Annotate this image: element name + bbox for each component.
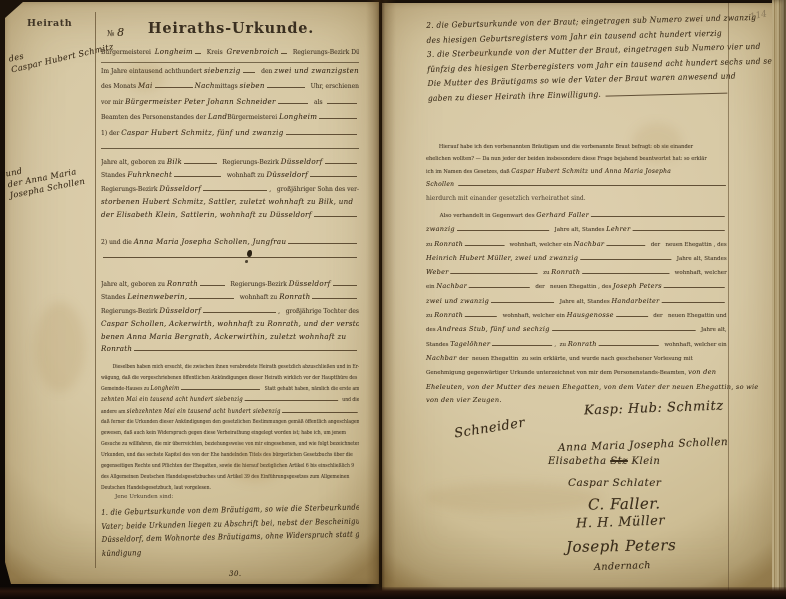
handwritten-segment: Grevenbroich <box>226 46 279 58</box>
blank-fill-rule <box>465 310 497 317</box>
text-line: vor mir Bürgermeister Peter Johann Schne… <box>101 95 359 110</box>
witnesses-block: Also verhandelt in Gegenwart des Gerhard… <box>426 209 727 407</box>
blank-fill-rule <box>582 268 669 275</box>
text-line: andere am siebzehnten Mai ein tausend ac… <box>101 406 359 417</box>
handwritten-segment: Bürgermeister Peter Johann Schneider <box>125 95 276 109</box>
documents-list-continuation: 2. die Geburtsurkunde von der Braut; ein… <box>426 12 729 107</box>
blank-fill-rule <box>327 97 358 104</box>
blank-fill-rule <box>591 210 725 217</box>
signature-witness-2: C. Faller. <box>588 494 661 513</box>
handwritten-segment: storbenen Hubert Schmitz, Sattler, zulet… <box>101 196 353 208</box>
text-line: Weber zu Ronrath wohnhaft, welcher <box>426 266 727 280</box>
document-title: Heiraths-Urkunde. <box>131 20 331 37</box>
printed-segment: wohnhaft, welcher ein <box>499 310 567 323</box>
text-line: Regierungs-Bezirk Düsseldorf, großjährig… <box>101 183 359 196</box>
text-line: Beamten des Personenstandes der LandBürg… <box>101 110 359 125</box>
signature-witness-4: Joseph Peters <box>566 536 677 556</box>
blank-fill-rule <box>580 253 671 260</box>
text-line: des Andreas Stub, fünf und sechzig Jahre… <box>426 323 727 337</box>
paper-stain <box>35 302 85 392</box>
register-left-page: Heirath desCaspar Hubert Schmitz undder … <box>5 2 379 584</box>
text-line: Caspar Schollen, Ackerwirth, wohnhaft zu… <box>101 318 359 330</box>
printed-segment: Urkunden, und das sechste Kapitel des vo… <box>101 450 353 461</box>
printed-segment: Standes <box>426 339 450 352</box>
blank-fill-rule <box>606 239 645 246</box>
legal-formula-paragraph: Dieselben haben mich ersucht, die zwisch… <box>101 362 359 494</box>
handwritten-segment: Ronrath <box>434 238 463 251</box>
handwritten-segment: Eheleuten, von der Mutter des neuen Eheg… <box>426 381 759 394</box>
text-line: daß ferner die Urkunden dieser Ankündigu… <box>101 417 359 428</box>
printed-segment: Also verhandelt in Gegenwart des <box>440 210 537 223</box>
blank-fill-rule <box>314 210 357 217</box>
text-line: Regierungs-Bezirk Düsseldorf, großjährig… <box>101 305 359 318</box>
handwritten-segment: Ronrath <box>551 266 580 279</box>
text-line: 2) und die Anna Maria Josepha Schollen, … <box>101 234 359 251</box>
blank-fill-rule <box>310 170 357 177</box>
handwritten-segment: Andreas Stub, fünf und sechzig <box>437 323 549 336</box>
section-rule <box>101 148 359 149</box>
text-line: wägung, daß die vorgeschriebenen öffentl… <box>101 373 359 384</box>
printed-segment: mittags <box>215 80 240 94</box>
handwritten-segment: Mai <box>138 79 153 93</box>
blank-fill-rule <box>616 310 648 317</box>
right-form-area: 114 2. die Geburtsurkunde von der Braut;… <box>426 9 728 587</box>
blank-fill-rule <box>245 395 338 401</box>
handwritten-segment: Tagelöhner <box>450 338 490 351</box>
page-catch-mark: 30. <box>229 570 242 578</box>
blank-fill-rule <box>134 344 357 351</box>
blank-fill-rule <box>200 279 224 286</box>
printed-segment: Jahre alt, Standes <box>551 224 606 237</box>
blank-fill-rule <box>605 86 727 97</box>
blank-fill-rule <box>662 296 725 303</box>
text-line: Eheleuten, von der Mutter des neuen Eheg… <box>426 381 727 394</box>
left-form-area: № 8 Heiraths-Urkunde. Bürgermeisterei Lo… <box>101 10 359 582</box>
signature-mother-with-strikeout: Elisabetha Stz Klein <box>548 456 660 467</box>
printed-segment: daß ferner die Urkunden dieser Ankündigu… <box>101 417 359 428</box>
book-scan: { "meta": { "document_type_label": "Heir… <box>0 0 786 599</box>
blank-fill-rule <box>319 112 357 119</box>
printed-segment: ein <box>426 281 436 294</box>
printed-segment: Beamten des Personenstandes der <box>101 111 208 125</box>
handwritten-segment: Düsseldorf <box>266 169 308 181</box>
printed-segment: vor mir <box>101 96 125 110</box>
text-line: ehelichen wollten? — Da nun jeder der be… <box>426 153 728 165</box>
text-line: ein Nachbar der neuen Ehegattin , des Jo… <box>426 280 727 294</box>
text-line: gewesen, daß auch kein Widerspruch gegen… <box>101 428 359 439</box>
text-line: Urkunden, und das sechste Kapitel des vo… <box>101 450 359 461</box>
margin-divider-rule <box>95 12 96 568</box>
handwritten-segment: Caspar Hubert Schmitz und Anna Maria Jos… <box>511 165 671 177</box>
handwritten-segment: Nachbar <box>436 280 467 293</box>
text-line: zu Ronrath wohnhaft, welcher ein Nachbar… <box>426 238 727 252</box>
blank-fill-rule <box>664 282 725 289</box>
text-line: ich im Namen des Gesetzes, daß Caspar Hu… <box>426 165 728 178</box>
text-line: Jahre alt, geboren zu Ronrath Regierungs… <box>101 278 359 291</box>
blank-fill-rule <box>267 81 305 88</box>
blank-fill-rule <box>195 47 201 54</box>
printed-segment: Regierungs-Bezirk <box>101 184 159 196</box>
handwritten-segment: Nach <box>195 79 215 93</box>
text-line: Gemeinde-Hauses zu Longheim Statt gehabt… <box>101 384 359 395</box>
printed-segment: ehelichen wollten? — Da nun jeder der be… <box>426 153 707 165</box>
handwritten-segment: von den vier Zeugen. <box>426 394 502 407</box>
blank-fill-rule <box>203 184 267 191</box>
handwritten-segment: Heinrich Hubert Müller, zwei und zwanzig <box>426 252 578 265</box>
printed-segment: Jahre alt, geboren zu <box>101 157 167 169</box>
bride-intro-block: 2) und die Anna Maria Josepha Schollen, … <box>101 234 359 260</box>
page-fore-edge-stack <box>772 0 786 592</box>
printed-segment: Dieselben haben mich ersucht, die zwisch… <box>113 362 359 373</box>
handwritten-segment: Gerhard Faller <box>536 209 589 222</box>
handwritten-segment: siebenzig <box>204 64 241 78</box>
signature-part: Elisabetha <box>548 456 607 467</box>
handwritten-segment: Nachbar <box>574 238 605 251</box>
printed-segment: Jahre alt, Standes <box>556 296 611 309</box>
register-right-page: 114 2. die Geburtsurkunde von der Braut;… <box>382 3 780 591</box>
signature-annotation: Andernach <box>594 560 651 573</box>
handwritten-segment: siebzehnten Mai ein tausend acht hundert… <box>127 407 281 418</box>
text-line: der Elisabeth Klein, Sattlerin, wohnhaft… <box>101 209 359 221</box>
printed-segment: Hierauf habe ich den vorbenannten Bräuti… <box>439 141 693 153</box>
blank-fill-rule <box>278 97 309 104</box>
text-line: zehnten Mai ein tausend acht hundert sie… <box>101 395 359 406</box>
blank-fill-rule <box>181 384 260 390</box>
blank-fill-rule <box>599 339 659 346</box>
printed-segment: Bürgermeisterei <box>101 47 155 59</box>
signature-witness-3: H. H. Müller <box>576 513 666 531</box>
handwritten-segment: Hausgenosse <box>567 309 614 322</box>
handwritten-segment: Handarbeiter <box>611 295 659 308</box>
ink-blot <box>247 250 252 257</box>
ink-blot-small <box>245 260 248 263</box>
text-line: Dieselben haben mich ersucht, die zwisch… <box>101 362 359 373</box>
handwritten-segment: der Elisabeth Klein, Sattlerin, wohnhaft… <box>101 209 312 221</box>
right-margin-rule <box>728 3 729 591</box>
handwritten-segment: Ronrath <box>101 343 132 355</box>
printed-segment: wohnhaft, welcher ein <box>661 339 727 352</box>
printed-segment: , großjähriger Sohn des ver- <box>269 184 359 196</box>
printed-segment: Deutschen Handelsgesetzbuch, laut vorgel… <box>101 483 211 494</box>
handwritten-segment: Caspar Schollen, Ackerwirth, wohnhaft zu… <box>101 318 359 330</box>
printed-segment: wohnhaft, welcher <box>671 267 727 280</box>
no-value-handwritten: 8 <box>117 26 124 39</box>
text-line: gegenseitigen Rechte und Pflichten der E… <box>101 461 359 472</box>
handwritten-segment: Schollen <box>426 178 456 190</box>
printed-segment: wohnhaft zu <box>223 170 266 182</box>
printed-segment: wohnhaft, welcher ein <box>506 239 574 252</box>
blank-fill-rule <box>189 292 234 299</box>
printed-segment: gegenseitigen Rechte und Pflichten der E… <box>101 461 354 472</box>
blank-fill-rule <box>469 282 530 289</box>
struck-word: Stz <box>610 456 628 467</box>
printed-segment: Regierungs-Bezirk <box>219 157 281 169</box>
handwritten-segment: zwanzig <box>426 223 455 236</box>
text-line: Deutschen Handelsgesetzbuch, laut vorgel… <box>101 483 359 494</box>
printed-segment: Regierungs-Bezirk Düsseldorf. <box>289 47 359 59</box>
handwritten-segment: zwei und zwanzig <box>426 295 489 308</box>
text-line: Ronrath <box>101 343 359 355</box>
handwritten-segment: Anna Maria Josepha Schollen, Jungfrau <box>134 234 287 250</box>
documents-list-handwritten: 1. die Geburtsurkunde von dem Bräutigam,… <box>101 501 359 561</box>
blank-fill-rule <box>184 157 216 164</box>
signature-witness-1: Caspar Schlater <box>568 477 661 489</box>
handwritten-segment: sieben <box>240 79 265 93</box>
printed-segment: Jahre alt, <box>697 324 726 337</box>
handwritten-segment: Düsseldorf <box>281 156 323 168</box>
groom-details-block: Jahre alt, geboren zu Bilk Regierungs-Be… <box>101 156 359 221</box>
printed-segment: andere am <box>101 407 127 418</box>
printed-segment: Regierungs-Bezirk <box>101 306 159 318</box>
blank-fill-rule <box>325 157 357 164</box>
handwritten-segment: Longheim <box>151 384 180 395</box>
text-line: Standes Fuhrknecht wohnhaft zu Düsseldor… <box>101 169 359 182</box>
text-line: Hierauf habe ich den vorbenannten Bräuti… <box>426 141 728 153</box>
handwritten-segment: benen Anna Maria Bergrath, Ackerwirthin,… <box>101 331 346 343</box>
text-line: Also verhandelt in Gegenwart des Gerhard… <box>426 209 727 223</box>
handwritten-segment: Joseph Peters <box>613 280 662 293</box>
printed-segment: gewesen, daß auch kein Widerspruch gegen… <box>101 428 346 439</box>
printed-segment: der neuen Ehegattin , des <box>647 239 726 252</box>
printed-segment: Gemeinde-Hauses zu <box>101 384 151 395</box>
blank-fill-rule <box>552 325 696 332</box>
handwritten-segment: Land <box>208 110 227 124</box>
printed-segment: , großjährige Tochter des <box>278 306 359 318</box>
blank-fill-rule <box>103 251 357 258</box>
handwritten-segment: Caspar Hubert Schmitz, fünf und zwanzig <box>121 126 283 140</box>
margin-entry-groom-name: desCaspar Hubert Schmitz <box>8 35 97 76</box>
handwritten-segment: Düsseldorf <box>289 278 331 290</box>
blank-fill-rule <box>174 170 221 177</box>
printed-segment: des Allgemeinen Deutschen Handelsgesetzb… <box>101 472 349 483</box>
text-line: 1) der Caspar Hubert Schmitz, fünf und z… <box>101 126 359 141</box>
text-line: Standes Leinenweberin, wohnhaft zu Ronra… <box>101 291 359 304</box>
text-line: storbenen Hubert Schmitz, Sattler, zulet… <box>101 196 359 208</box>
text-line: des Monats MaiNachmittags sieben Uhr, er… <box>101 79 359 94</box>
blank-fill-rule <box>155 81 193 88</box>
printed-segment: des <box>426 324 437 337</box>
text-line: Standes Tagelöhner, zu Ronrath wohnhaft,… <box>426 338 727 352</box>
signature-bride: Anna Maria Josepha Schollen <box>558 436 729 454</box>
printed-segment: Standes <box>101 170 127 182</box>
handwritten-segment: Düsseldorf <box>159 305 201 317</box>
blank-fill-rule <box>281 47 287 54</box>
text-line: Nachbar der neuen Ehegattin zu sein erkl… <box>426 352 727 366</box>
handwritten-segment: Longheim <box>155 46 193 58</box>
blank-fill-rule <box>203 306 276 313</box>
jurisdiction-header-row: Bürgermeisterei Longheim Kreis Grevenbro… <box>101 46 359 63</box>
handwritten-segment: Ronrath <box>279 291 310 303</box>
handwritten-segment: Ronrath <box>167 278 198 290</box>
printed-segment: Regierungs-Bezirk <box>227 279 289 291</box>
margin-entry-bride-name: undder Anna MariaJosepha Schollen <box>5 152 98 201</box>
margin-heading-heirath: Heirath <box>27 18 72 29</box>
handwritten-segment: zwei und zwanzigsten <box>274 64 359 78</box>
blank-fill-rule <box>288 237 357 244</box>
printed-segment: zu <box>540 267 552 280</box>
printed-segment: , zu <box>554 339 567 352</box>
printed-segment: Kreis <box>203 47 227 59</box>
blank-fill-rule <box>312 292 357 299</box>
printed-segment: der neuen Ehegattin , des <box>532 281 613 294</box>
handwritten-segment: Weber <box>426 266 449 279</box>
no-prefix: № <box>107 29 115 38</box>
printed-segment: Standes <box>101 292 127 304</box>
text-line: zu Ronrath wohnhaft, welcher ein Hausgen… <box>426 309 727 323</box>
printed-segment: Jahre alt, Standes <box>673 253 726 266</box>
text-line: zwei und zwanzig Jahre alt, Standes Hand… <box>426 295 727 309</box>
handwritten-segment: Lehrer <box>606 223 630 236</box>
handwritten-segment: Ronrath <box>434 309 463 322</box>
printed-segment: des Monats <box>101 80 138 94</box>
printed-segment: 1) der <box>101 127 121 141</box>
blank-fill-rule <box>632 225 724 232</box>
blank-fill-rule <box>282 406 357 412</box>
handwritten-segment: Leinenweberin, <box>127 291 187 303</box>
blank-fill-rule <box>492 339 552 346</box>
printed-segment: der neuen Ehegattin zu sein erklärte, un… <box>459 353 693 366</box>
printed-segment: Uhr, erschienen <box>307 80 359 94</box>
text-line: des Allgemeinen Deutschen Handelsgesetzb… <box>101 472 359 483</box>
handwritten-segment: kündigung <box>102 546 142 560</box>
printed-segment: der neuen Ehegattin und <box>650 310 727 323</box>
signature-official: Schneider <box>453 415 526 441</box>
printed-segment: ich im Namen des Gesetzes, daß <box>426 166 511 178</box>
text-line: Bürgermeisterei Longheim Kreis Grevenbro… <box>101 46 359 59</box>
blank-fill-rule <box>333 279 357 286</box>
text-line: Genehmigung gegenwärtiger Urkunde unterz… <box>426 366 727 380</box>
blank-fill-rule <box>286 128 357 135</box>
printed-segment: und die <box>339 395 359 406</box>
printed-segment: Statt gehabt haben, nämlich die erste am <box>262 384 359 395</box>
certificate-number: № 8 <box>107 26 124 39</box>
bride-details-block: Jahre alt, geboren zu Ronrath Regierungs… <box>101 278 359 355</box>
blank-fill-rule <box>458 180 726 187</box>
handwritten-segment: Longheim <box>279 110 317 124</box>
printed-segment: Im Jahre eintausend achthundert <box>101 65 204 79</box>
blank-fill-rule <box>451 268 538 275</box>
handwritten-segment: zehnten Mai ein tausend acht hundert sie… <box>101 395 243 406</box>
printed-segment: wägung, daß die vorgeschriebenen öffentl… <box>101 373 357 384</box>
printed-segment: 2) und die <box>101 235 134 251</box>
printed-segment: wohnhaft zu <box>236 292 279 304</box>
blank-fill-rule <box>465 239 504 246</box>
documents-heading: Jene Urkunden sind: <box>115 494 173 500</box>
handwritten-segment: Fuhrknecht <box>127 169 172 181</box>
printed-segment: Genehmigung gegenwärtiger Urkunde unterz… <box>426 367 688 380</box>
table-edge <box>0 587 786 599</box>
text-line: Schollen <box>426 178 728 190</box>
text-line: Heinrich Hubert Müller, zwei und zwanzig… <box>426 252 727 266</box>
handwritten-segment: Ronrath <box>568 338 597 351</box>
printed-segment: Bürgermeisterei <box>227 111 279 125</box>
consent-declaration-paragraph: Hierauf habe ich den vorbenannten Bräuti… <box>426 141 728 190</box>
text-line: Gesuche zu willfahren, die mir überreich… <box>101 439 359 450</box>
blank-fill-rule <box>243 66 256 73</box>
blank-fill-rule <box>491 296 554 303</box>
handwritten-segment: Düsseldorf <box>159 183 201 195</box>
text-line: benen Anna Maria Bergrath, Ackerwirthin,… <box>101 331 359 343</box>
intro-paragraph: Im Jahre eintausend achthundert siebenzi… <box>101 64 359 141</box>
text-line: zwanzig Jahre alt, Standes Lehrer <box>426 223 727 237</box>
married-statement-line: hierdurch mit einander gesetzlich verhei… <box>426 195 586 202</box>
handwritten-segment: von den <box>688 366 716 379</box>
printed-segment: Gesuche zu willfahren, die mir überreich… <box>101 439 359 450</box>
printed-segment: Jahre alt, geboren zu <box>101 279 167 291</box>
signature-part: Klein <box>632 456 661 467</box>
handwritten-segment: Nachbar <box>426 352 459 365</box>
handwritten-segment: Bilk <box>167 156 182 168</box>
printed-segment: als <box>310 96 324 110</box>
text-line <box>101 251 359 260</box>
blank-fill-rule <box>457 225 549 232</box>
text-line: Jahre alt, geboren zu Bilk Regierungs-Be… <box>101 156 359 169</box>
text-line: Im Jahre eintausend achthundert siebenzi… <box>101 64 359 79</box>
handwritten-segment: gaben zu dieser Heirath ihre Einwilligun… <box>428 88 604 107</box>
printed-segment: den <box>257 65 274 79</box>
